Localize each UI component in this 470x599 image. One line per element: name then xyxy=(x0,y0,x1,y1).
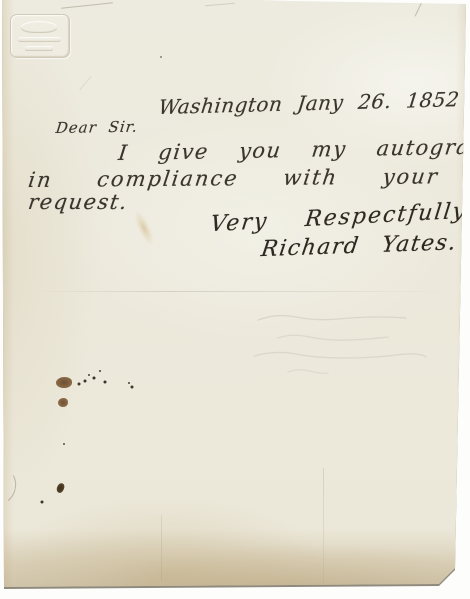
stain-smudge xyxy=(131,208,158,248)
paper-toning-bottom xyxy=(0,529,470,591)
crease-upper-left xyxy=(79,76,91,90)
letter-paper: Washington Jany 26. 1852 Dear Sir. I giv… xyxy=(0,0,470,599)
crease-top-right xyxy=(415,2,423,17)
body-line-1: I give you my autograph xyxy=(117,134,470,165)
ink-blot xyxy=(58,398,68,407)
body-line-2: in compliance with your xyxy=(27,164,441,192)
embossed-stamp-icon xyxy=(10,14,70,58)
body-line-3: request. xyxy=(27,190,130,214)
stamp-base xyxy=(25,46,53,51)
crease-top-center xyxy=(205,3,235,7)
stamp-band xyxy=(18,37,61,42)
scanned-letter-page: Washington Jany 26. 1852 Dear Sir. I giv… xyxy=(0,0,470,599)
salutation: Dear Sir. xyxy=(55,118,139,137)
ink-blot xyxy=(56,377,72,388)
fold-line-horizontal xyxy=(30,291,450,292)
paper-toning-left xyxy=(0,0,14,599)
stamp-crest xyxy=(21,21,57,33)
ink-spatter xyxy=(0,0,2,2)
signature: Richard Yates. xyxy=(259,230,458,262)
dateline: Washington Jany 26. 1852 xyxy=(157,87,460,119)
ink-blot xyxy=(56,482,66,494)
ghost-writing-showthrough xyxy=(250,296,450,384)
crease-bottom-vertical xyxy=(323,468,324,586)
crease-bottom-left-vertical xyxy=(161,515,162,581)
crease-top-left xyxy=(61,2,113,8)
